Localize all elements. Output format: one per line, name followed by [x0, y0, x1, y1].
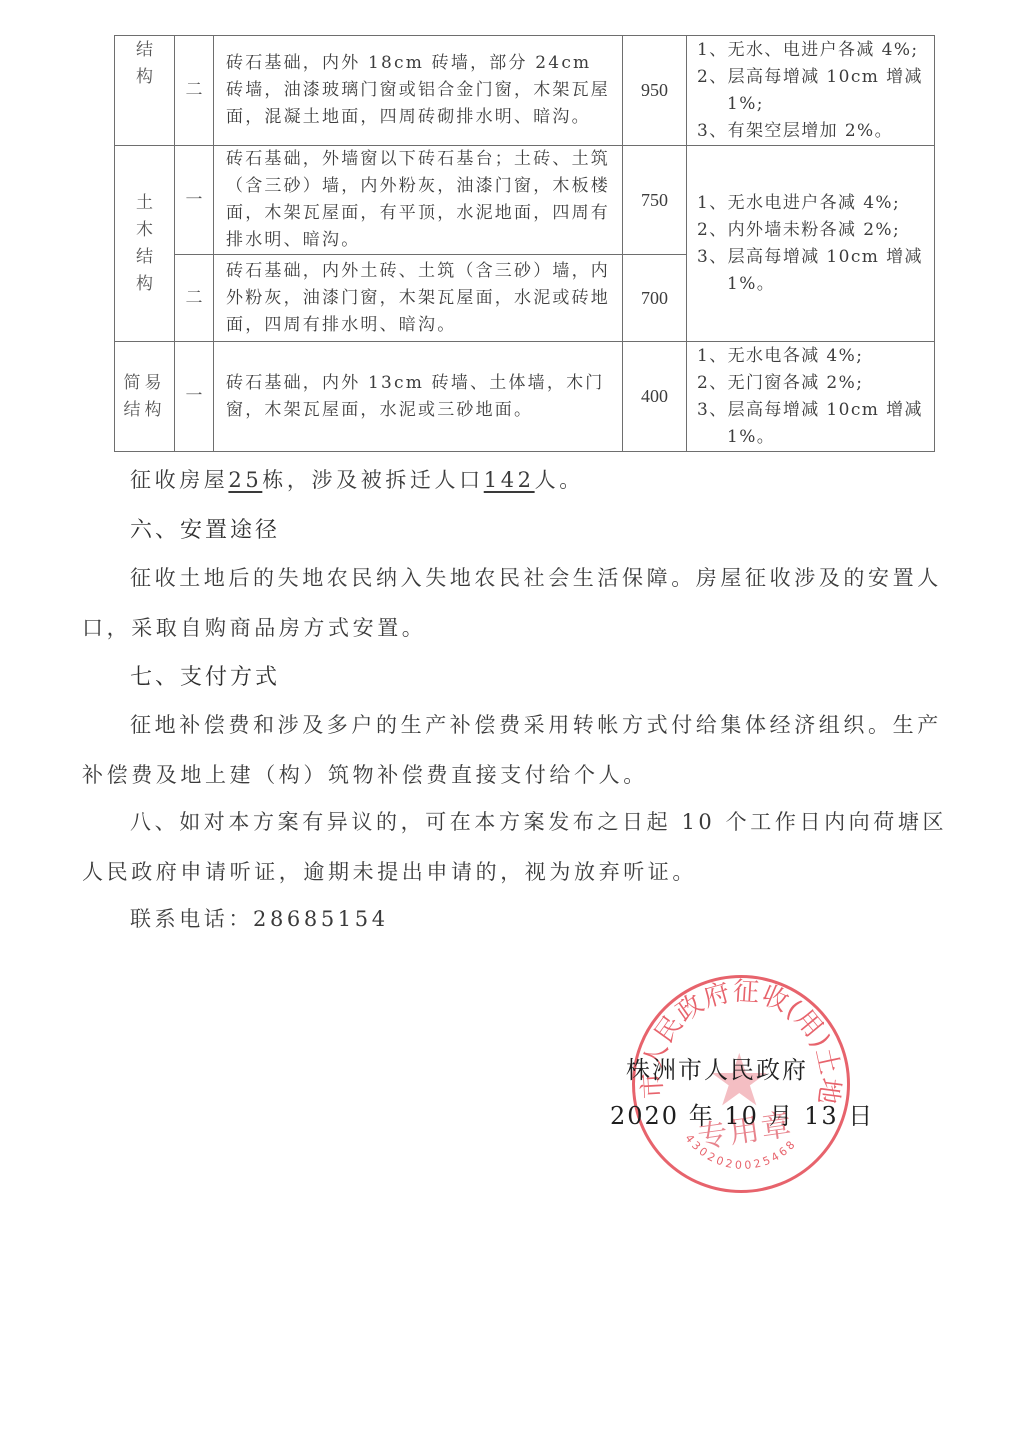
- category-label: 土木结构: [134, 190, 156, 298]
- section-six-heading: 六、安置途径: [130, 513, 280, 544]
- contact-phone: 联系电话：28685154: [82, 894, 962, 944]
- category-label: 简易结构: [122, 370, 168, 424]
- section-eight-body: 八、如对本方案有异议的，可在本方案发布之日起 10 个工作日内向荷塘区人民政府申…: [82, 797, 962, 897]
- grade-cell: 二: [175, 255, 214, 342]
- note-line: 2、无门窗各减 2%;: [697, 370, 928, 397]
- category-cell: 土木结构: [115, 146, 175, 342]
- description-cell: 砖石基础，外墙窗以下砖石基台；土砖、土筑（含三砂）墙，内外粉灰，油漆门窗，木板楼…: [214, 146, 623, 255]
- notes-cell: 1、无水电各减 4%; 2、无门窗各减 2%; 3、层高每增减 10cm 增减 …: [687, 342, 935, 452]
- price-cell: 400: [623, 342, 687, 452]
- grade-cell: 一: [175, 342, 214, 452]
- category-label: 结构: [134, 37, 156, 91]
- note-line: 3、层高每增减 10cm 增减 1%。: [697, 397, 928, 451]
- note-line: 3、层高每增减 10cm 增减 1%。: [697, 244, 928, 298]
- category-cell: 简易结构: [115, 342, 175, 452]
- section-seven-body: 征地补偿费和涉及多户的生产补偿费采用转帐方式付给集体经济组织。生产补偿费及地上建…: [82, 700, 962, 800]
- note-line: 1、无水电各减 4%;: [697, 343, 928, 370]
- note-line: 1、无水、电进户各减 4%;: [697, 37, 928, 64]
- note-line: 2、内外墙未粉各减 2%;: [697, 217, 928, 244]
- summary-prefix: 征收房屋: [130, 468, 228, 492]
- price-cell: 700: [623, 255, 687, 342]
- summary-suffix: 人。: [535, 468, 584, 492]
- signature-date: 2020 年 10 月 13 日: [610, 1096, 874, 1131]
- note-line: 2、层高每增减 10cm 增减 1%;: [697, 64, 928, 118]
- grade-cell: 一: [175, 146, 214, 255]
- notes-cell: 1、无水电进户各减 4%; 2、内外墙未粉各减 2%; 3、层高每增减 10cm…: [687, 146, 935, 342]
- price-cell: 950: [623, 36, 687, 146]
- grade-cell: 二: [175, 36, 214, 146]
- house-compensation-table: 结构 二 砖石基础，内外 18cm 砖墙，部分 24cm 砖墙，油漆玻璃门窗或铝…: [114, 35, 935, 452]
- people-count: 142: [484, 468, 535, 492]
- notes-cell: 1、无水、电进户各减 4%; 2、层高每增减 10cm 增减 1%; 3、有架空…: [687, 36, 935, 146]
- signature-org: 株洲市人民政府: [626, 1050, 808, 1085]
- category-cell: 结构: [115, 36, 175, 146]
- description-cell: 砖石基础，内外土砖、土筑（含三砂）墙，内外粉灰，油漆门窗，木架瓦屋面，水泥或砖地…: [214, 255, 623, 342]
- table-row: 简易结构 一 砖石基础，内外 13cm 砖墙、土体墙，木门窗，木架瓦屋面，水泥或…: [115, 342, 935, 452]
- price-cell: 750: [623, 146, 687, 255]
- table-row: 结构 二 砖石基础，内外 18cm 砖墙，部分 24cm 砖墙，油漆玻璃门窗或铝…: [115, 36, 935, 146]
- summary-paragraph: 征收房屋25栋，涉及被拆迁人口142人。: [82, 455, 962, 505]
- section-six-body: 征收土地后的失地农民纳入失地农民社会生活保障。房屋征收涉及的安置人口，采取自购商…: [82, 553, 962, 653]
- description-cell: 砖石基础，内外 18cm 砖墙，部分 24cm 砖墙，油漆玻璃门窗或铝合金门窗，…: [214, 36, 623, 146]
- note-line: 1、无水电进户各减 4%;: [697, 190, 928, 217]
- summary-middle: 栋，涉及被拆迁人口: [262, 468, 483, 492]
- note-line: 3、有架空层增加 2%。: [697, 118, 928, 145]
- description-cell: 砖石基础，内外 13cm 砖墙、土体墙，木门窗，木架瓦屋面，水泥或三砂地面。: [214, 342, 623, 452]
- section-seven-heading: 七、支付方式: [130, 660, 280, 691]
- house-count: 25: [228, 468, 262, 492]
- table-row: 土木结构 一 砖石基础，外墙窗以下砖石基台；土砖、土筑（含三砂）墙，内外粉灰，油…: [115, 146, 935, 255]
